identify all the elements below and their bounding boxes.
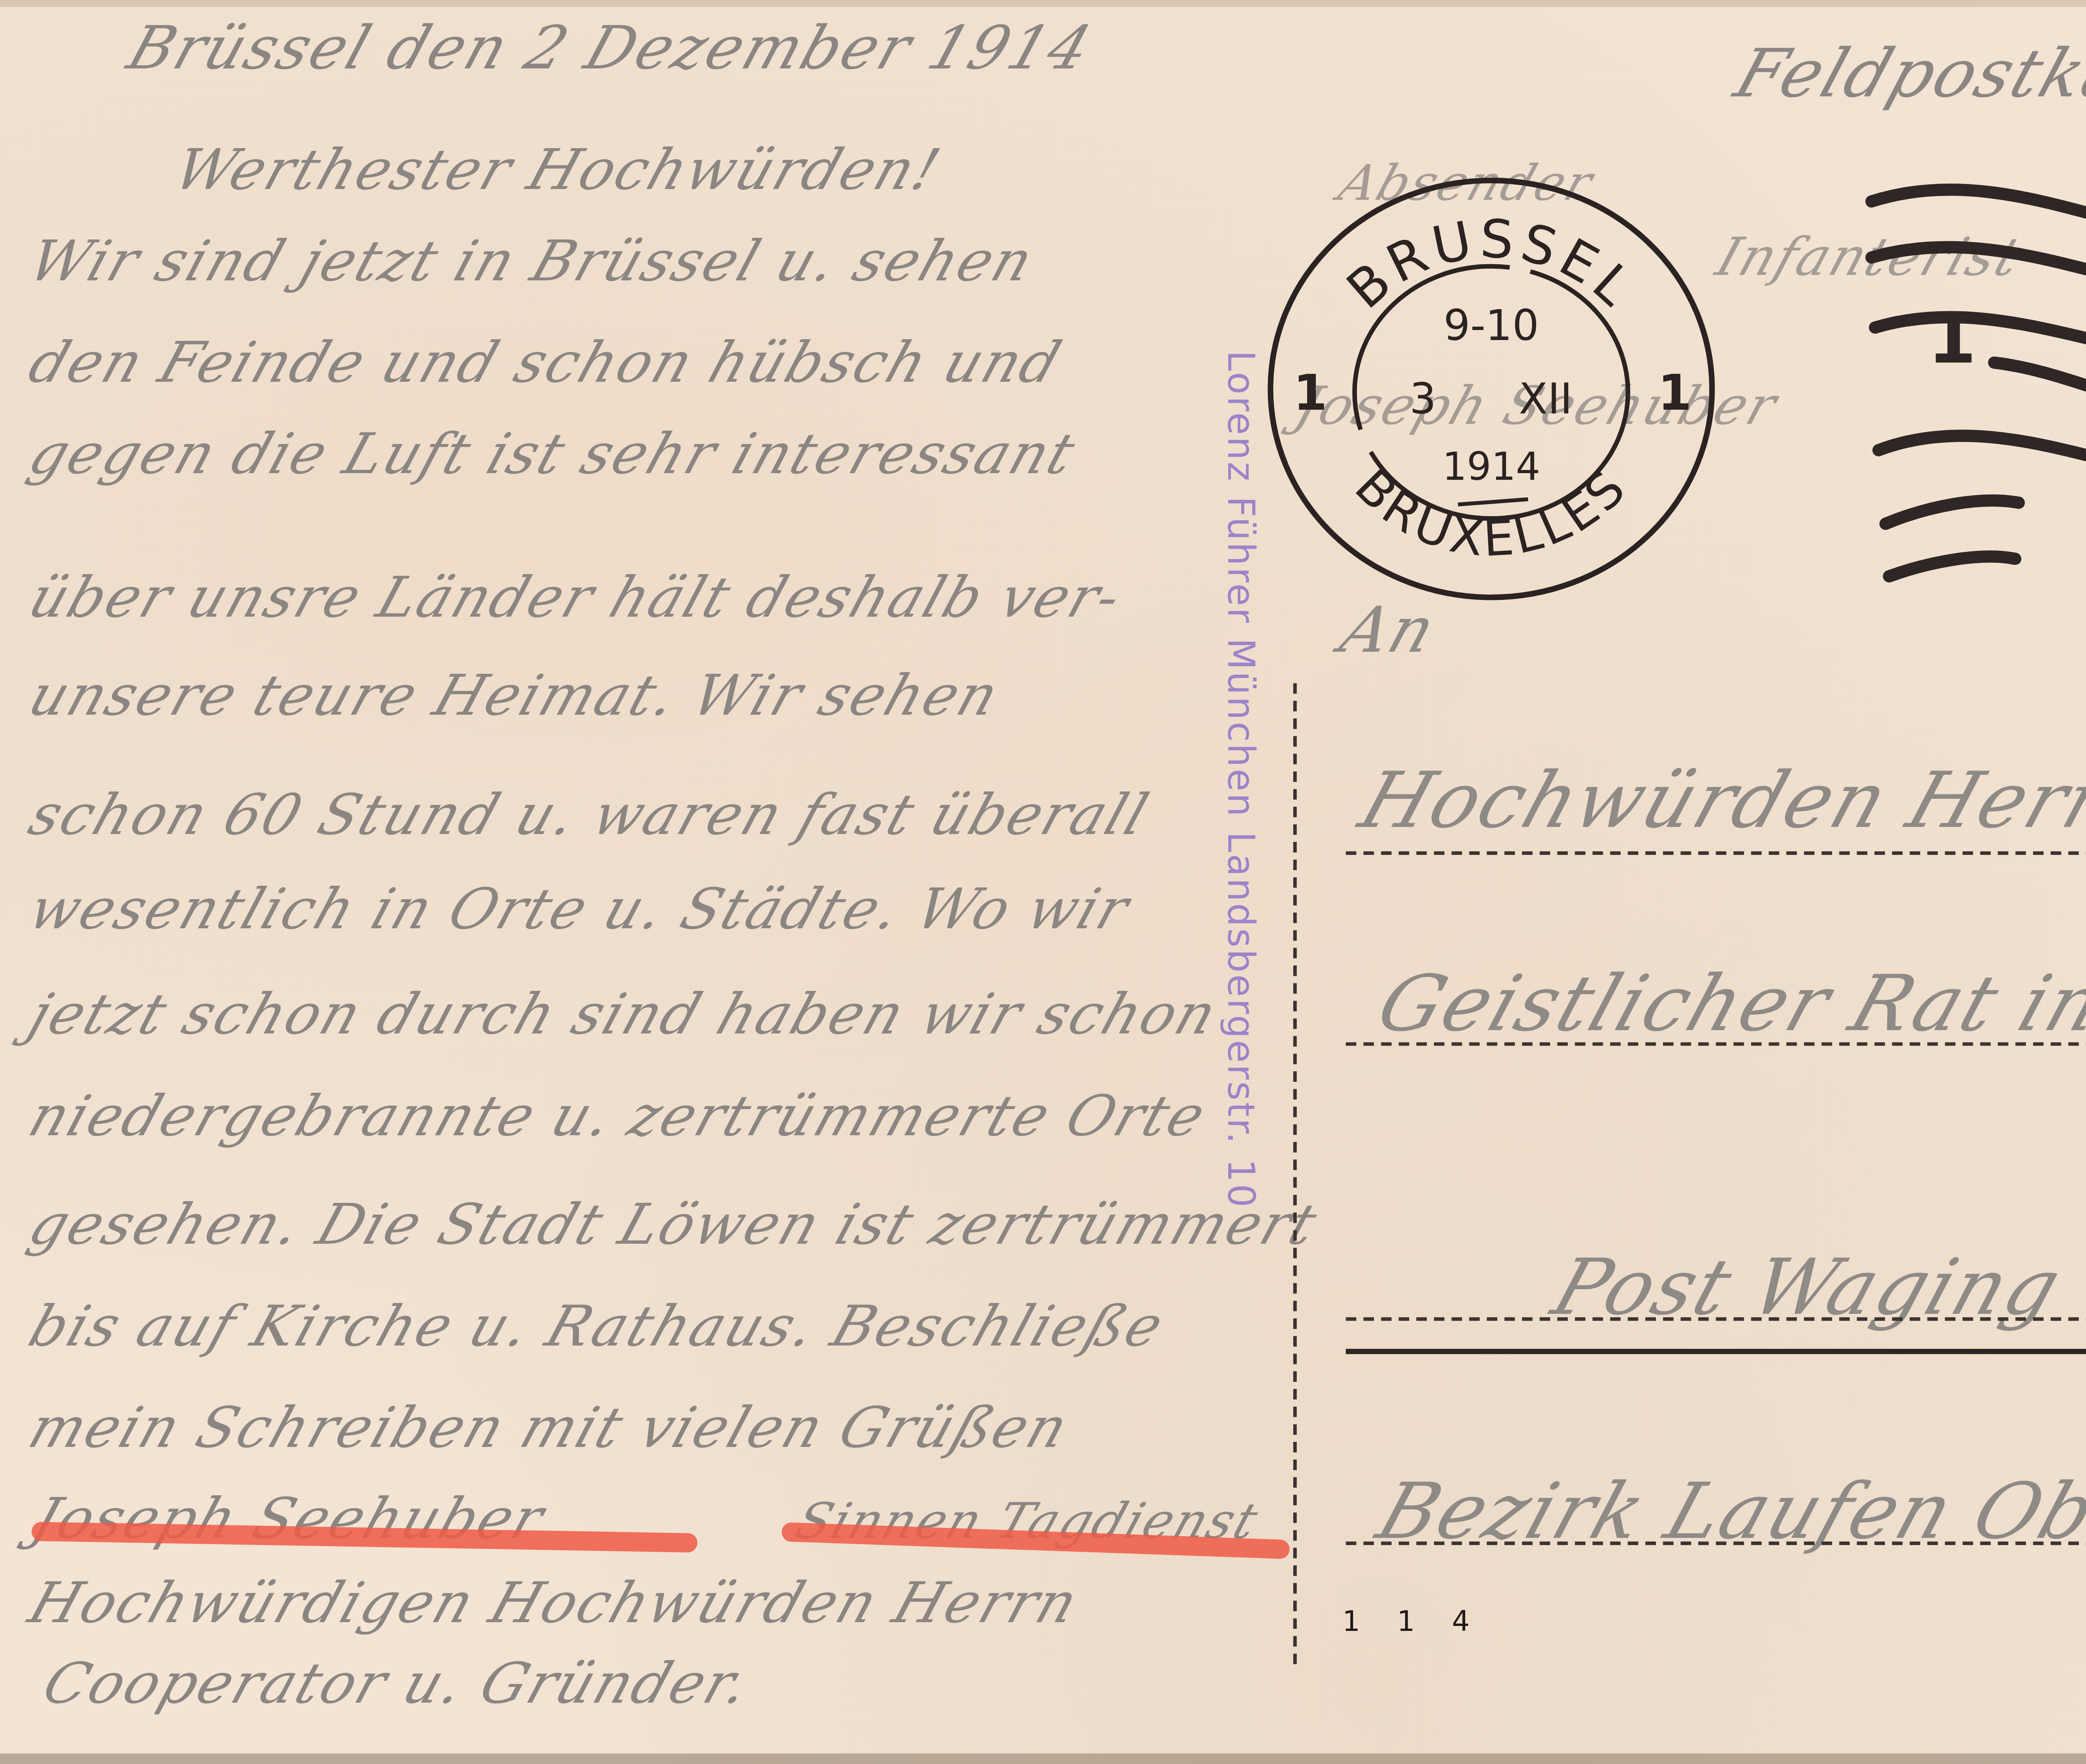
message-line: mein Schreiben mit vielen Grüßen: [21, 1394, 1078, 1461]
closing-line: Cooperator u. Gründer.: [35, 1650, 759, 1717]
message-line: Werthester Hochwürden!: [166, 136, 950, 203]
postmark-time: 9-10: [1444, 301, 1539, 350]
message-line: bis auf Kirche u. Rathaus. Beschließe: [21, 1293, 1173, 1360]
message-line: gegen die Luft ist sehr interessant: [21, 421, 1084, 487]
message-line: Wir sind jetzt in Brüssel u. sehen: [21, 228, 1043, 295]
address-line: Hochwürden Herrn Georg Lindl: [1349, 757, 2086, 846]
address-prefix: An: [1332, 596, 1445, 668]
message-line: schon 60 Stund u. waren fast überall: [21, 781, 1157, 848]
message-line: niedergebrannte u. zertrümmerte Orte: [21, 1083, 1215, 1149]
message-line: jetzt schon durch sind haben wir schon: [21, 981, 1226, 1048]
address-line: Geistlicher Rat in Otting: [1367, 960, 2086, 1049]
card-heading: Feldpostkarte: [1726, 35, 2086, 112]
message-line: über unsre Länder hält deshalb ver-: [21, 564, 1131, 631]
center-divider: [1293, 683, 1297, 1664]
message-line: wesentlich in Orte u. Städte. Wo wir: [21, 876, 1139, 942]
sender-rubber-stamp: Lorenz Führer München Landsbergerstr. 10: [1219, 350, 1262, 1209]
message-line: gesehen. Die Stadt Löwen ist zertrümmert: [21, 1191, 1326, 1258]
address-rule: [1346, 1317, 2086, 1320]
message-line: unsere teure Heimat. Wir sehen: [21, 662, 1008, 729]
card-bottom-edge: [0, 1754, 2086, 1764]
message-line: den Feinde und schon hübsch und: [21, 329, 1070, 396]
postcard-back: Brüssel den 2 Dezember 1914 Feldpostkart…: [0, 0, 2086, 1764]
closing-line: Hochwürdigen Hochwürden Herrn: [21, 1570, 1087, 1636]
postmark-year: 1914: [1442, 444, 1540, 489]
address-rule: [1346, 1042, 2086, 1046]
dateline: Brüssel den 2 Dezember 1914: [119, 14, 1101, 84]
postmark-office-right: 1: [1658, 364, 1692, 421]
brussel-postmark: BRUSSEL BRUXELLES 1 1 9-10 3 XII 1914: [1262, 171, 1721, 606]
postmark-office-left: 1: [1293, 364, 1328, 421]
card-top-edge: [0, 0, 2086, 7]
address-rule: [1346, 1542, 2086, 1545]
postmark-day: 3: [1410, 374, 1436, 423]
machine-cancel-waves: 1: [1857, 149, 2086, 605]
address-rule-solid: [1346, 1349, 2086, 1354]
address-rule: [1346, 852, 2086, 855]
printer-mark: 1 1 4: [1342, 1605, 1484, 1638]
machine-cancel-office: 1: [1927, 297, 1976, 379]
postmark-month: XII: [1519, 374, 1572, 423]
